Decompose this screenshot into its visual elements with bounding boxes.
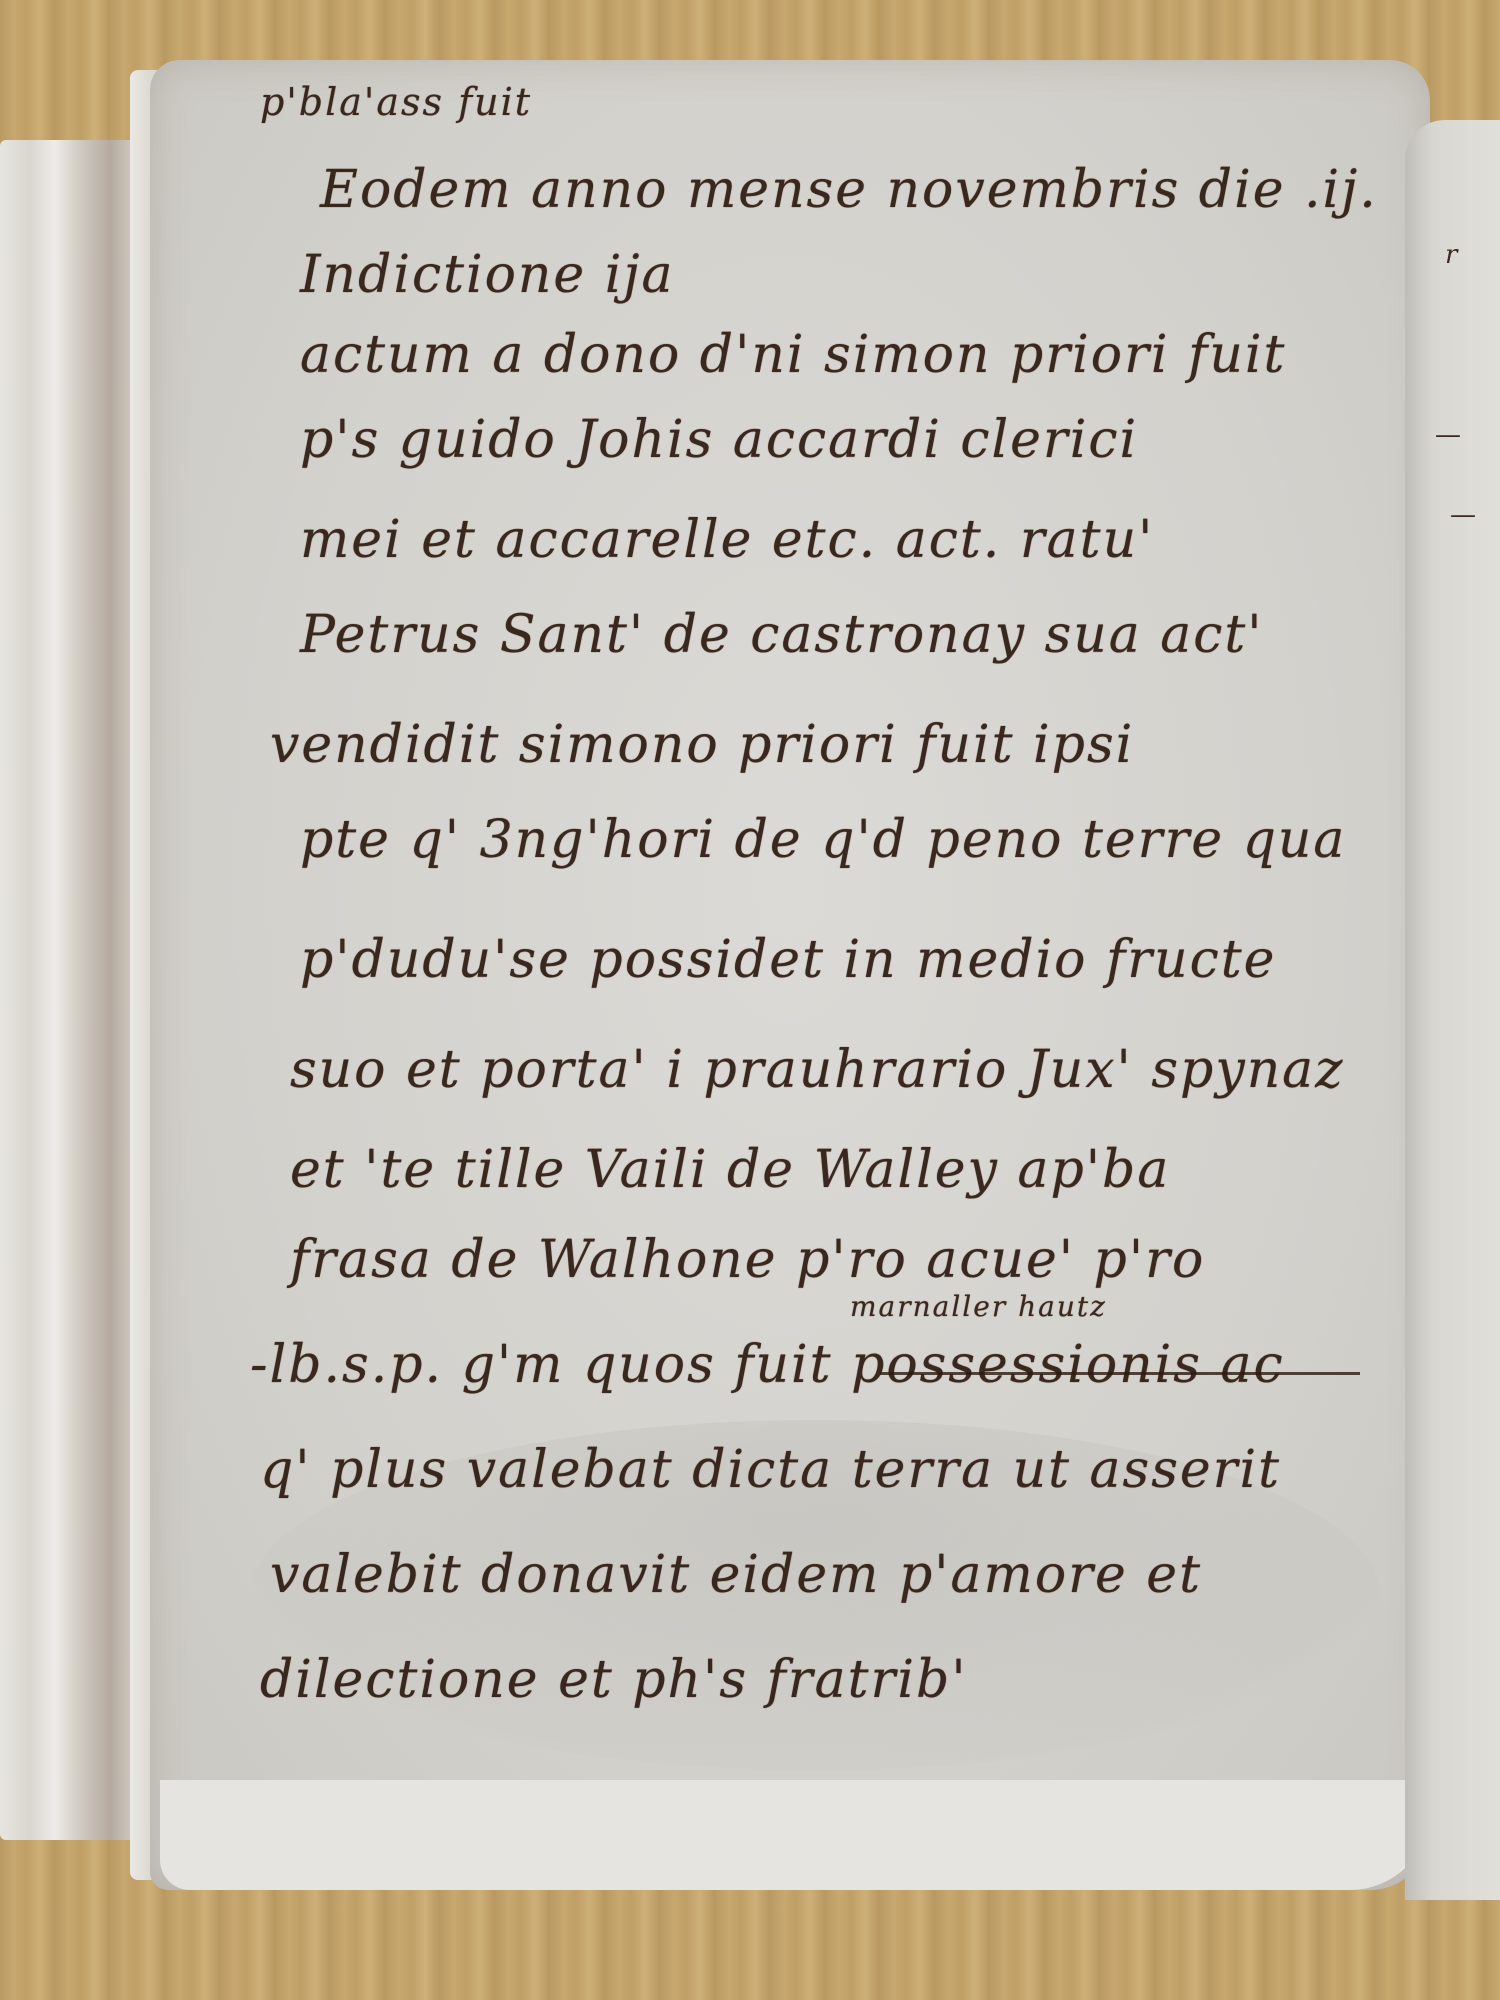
manuscript-line-6: Petrus Sant' de castronay sua act' xyxy=(300,605,1264,665)
manuscript-line-1: Eodem anno mense novembris die .ij. xyxy=(320,160,1378,220)
interlinear-insertion: marnaller hautz xyxy=(850,1290,1107,1323)
manuscript-line-13: -lb.s.p. g'm quos fuit possessionis ac xyxy=(250,1335,1285,1395)
page-bottom-margin xyxy=(160,1780,1430,1890)
strikethrough-mark xyxy=(880,1372,1360,1375)
manuscript-line-4: p's guido Johis accardi clerici xyxy=(300,410,1138,470)
manuscript-line-14: q' plus valebat dicta terra ut asserit xyxy=(260,1440,1281,1500)
manuscript-line-10: suo et porta' i prauhrario Jux' spynaz xyxy=(290,1040,1345,1100)
manuscript-line-8: pte q' 3ng'hori de q'd peno terre qua xyxy=(300,810,1346,870)
manuscript-line-5: mei et accarelle etc. act. ratu' xyxy=(300,510,1154,570)
manuscript-line-12: frasa de Walhone p'ro acue' p'ro xyxy=(290,1230,1205,1290)
manuscript-line-3: actum a dono d'ni simon priori fuit xyxy=(300,325,1286,385)
facing-page-fragment: — xyxy=(1450,500,1476,530)
manuscript-line-9: p'dudu'se possidet in medio fructe xyxy=(300,930,1276,990)
manuscript-line-7: vendidit simono priori fuit ipsi xyxy=(270,715,1134,775)
manuscript-line-11: et 'te tille Vaili de Walley ap'ba xyxy=(290,1140,1170,1200)
manuscript-line-2: Indictione ija xyxy=(300,245,674,305)
facing-page-fragment: r xyxy=(1445,240,1457,270)
manuscript-line-15: valebit donavit eidem p'amore et xyxy=(270,1545,1202,1605)
header-note: p'bla'ass fuit xyxy=(260,80,532,124)
facing-page-fragment: — xyxy=(1435,420,1461,450)
facing-page: r — — xyxy=(1405,120,1500,1900)
manuscript-line-16: dilectione et ph's fratrib' xyxy=(260,1650,968,1710)
